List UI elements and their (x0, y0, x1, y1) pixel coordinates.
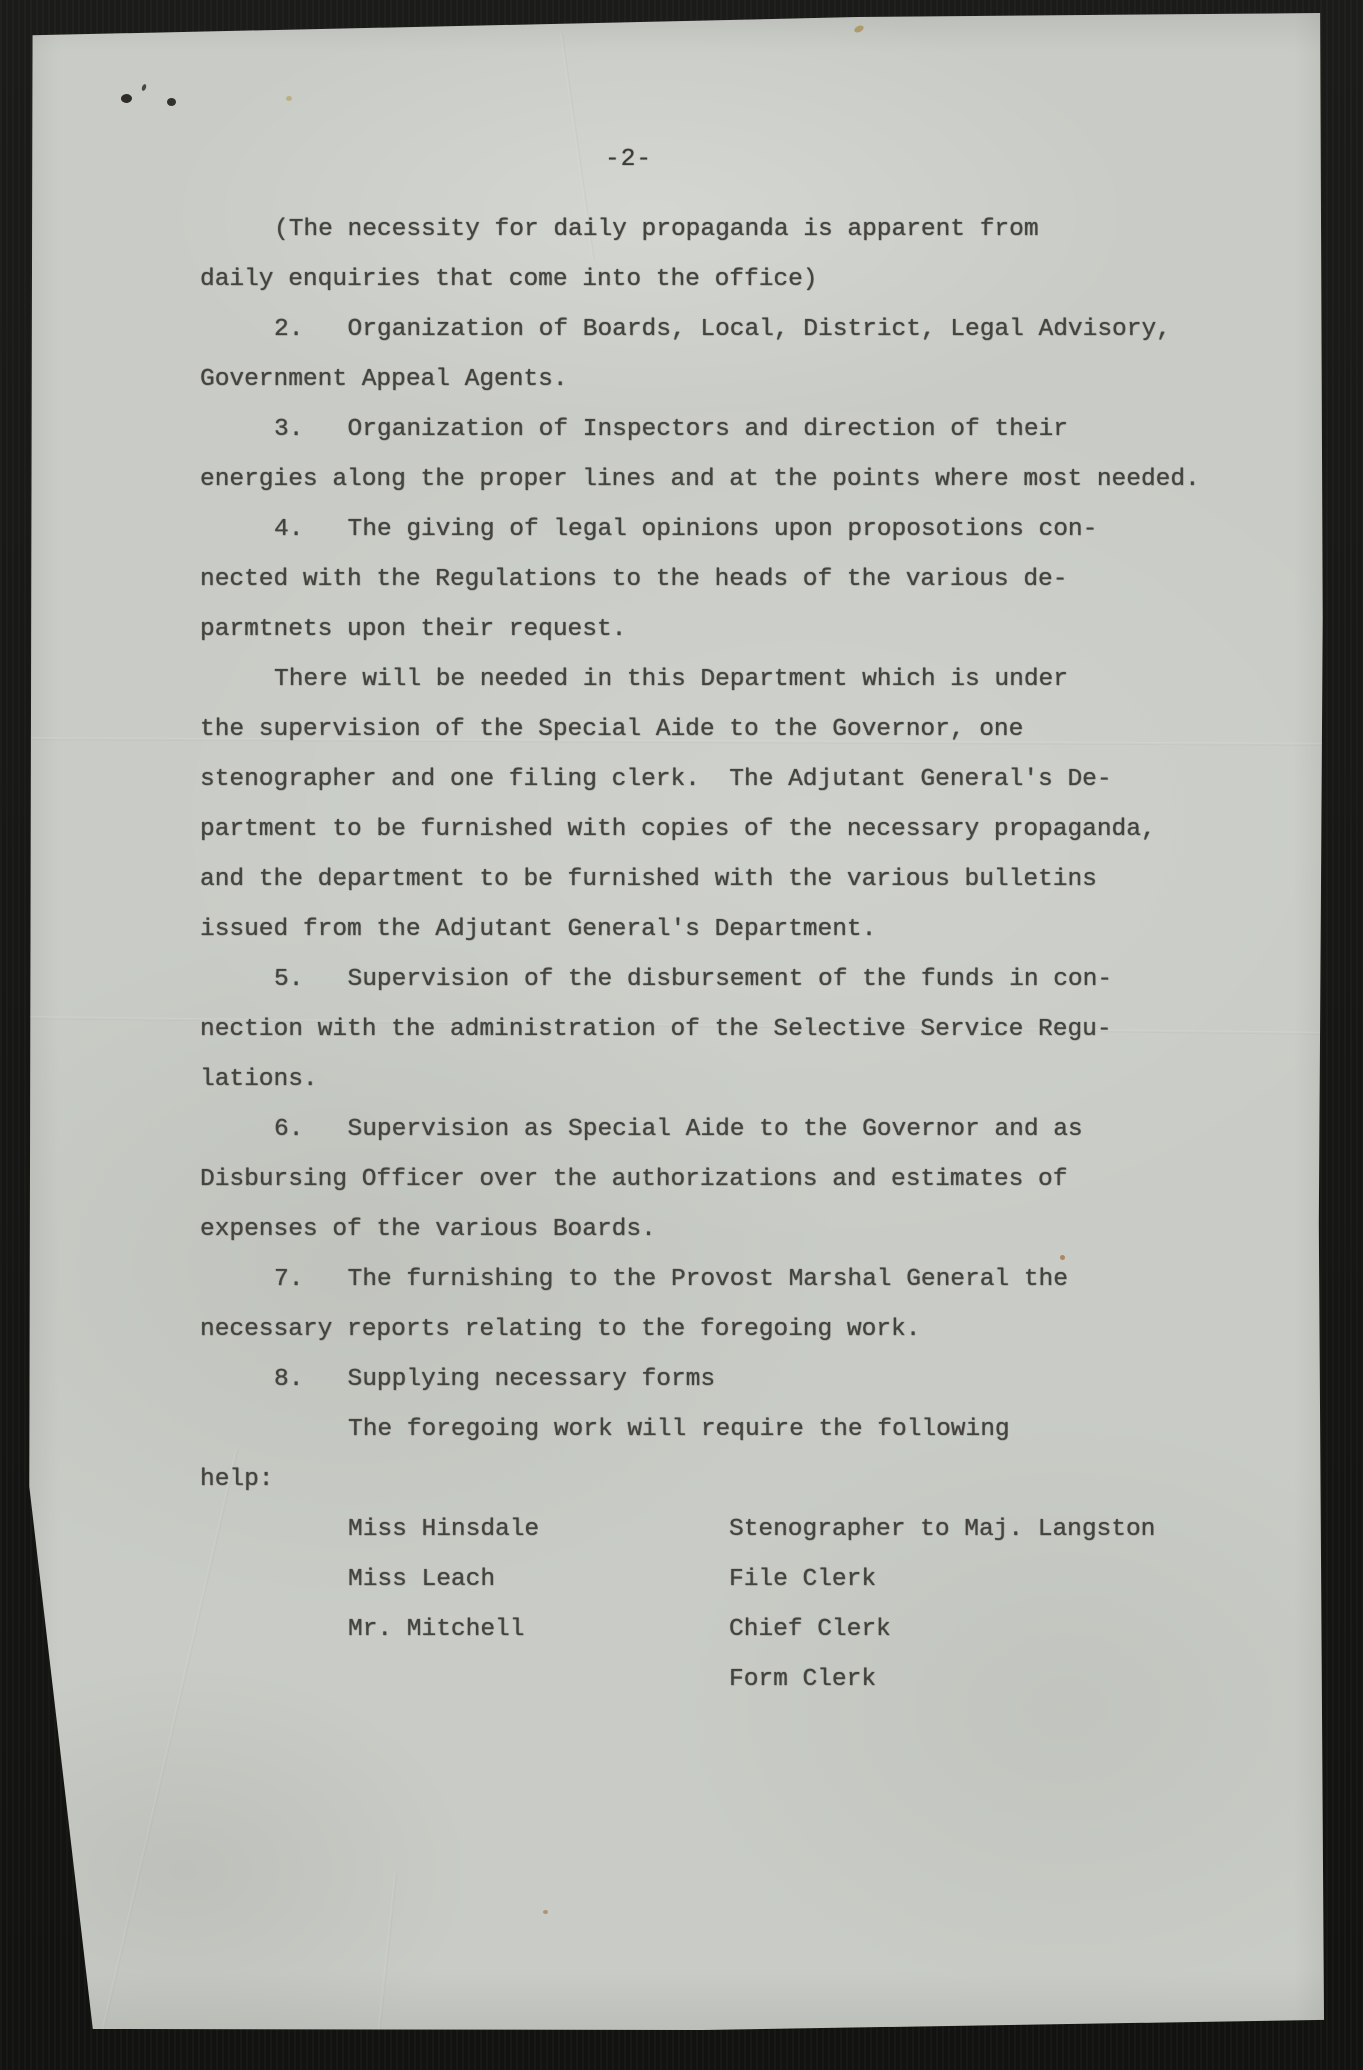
staff-name: Miss Hinsdale (348, 1505, 539, 1555)
typed-line: 4. The giving of legal opinions upon pro… (200, 505, 1260, 555)
typed-line: expenses of the various Boards. (200, 1205, 1260, 1255)
stain-speck (543, 1910, 548, 1914)
help-table-row: Miss Hinsdale Stenographer to Maj. Langs… (200, 1505, 1260, 1555)
typed-line: (The necessity for daily propaganda is a… (200, 205, 1260, 255)
ink-speck (141, 84, 147, 92)
typed-line: energies along the proper lines and at t… (200, 455, 1260, 505)
typed-line: the supervision of the Special Aide to t… (200, 705, 1260, 755)
document-page: -2- (The necessity for daily propaganda … (28, 12, 1324, 2032)
scanned-document-photo: -2- (The necessity for daily propaganda … (0, 0, 1363, 2070)
typed-line: issued from the Adjutant General's Depar… (200, 905, 1260, 955)
ink-speck (121, 94, 132, 103)
typed-line: daily enquiries that come into the offic… (200, 255, 1260, 305)
typed-line: Disbursing Officer over the authorizatio… (200, 1155, 1260, 1205)
typed-line: The foregoing work will require the foll… (200, 1405, 1260, 1455)
typed-line: nection with the administration of the S… (200, 1005, 1260, 1055)
typed-line: stenographer and one filing clerk. The A… (200, 755, 1260, 805)
typed-line: 5. Supervision of the disbursement of th… (200, 955, 1260, 1005)
typed-line: and the department to be furnished with … (200, 855, 1260, 905)
ink-speck (167, 98, 176, 106)
typed-line: 7. The furnishing to the Provost Marshal… (200, 1255, 1260, 1305)
staff-role: Chief Clerk (729, 1605, 891, 1655)
staff-role: File Clerk (729, 1555, 876, 1605)
typed-line: partment to be furnished with copies of … (200, 805, 1260, 855)
paper-crease (378, 1872, 398, 2031)
typed-line: necessary reports relating to the forego… (200, 1305, 1260, 1355)
typed-lines: (The necessity for daily propaganda is a… (200, 205, 1260, 1705)
typed-line: parmtnets upon their request. (200, 605, 1260, 655)
typed-line: Government Appeal Agents. (200, 355, 1260, 405)
typed-line: 2. Organization of Boards, Local, Distri… (200, 305, 1260, 355)
typed-line: 8. Supplying necessary forms (200, 1355, 1260, 1405)
staff-role: Stenographer to Maj. Langston (729, 1505, 1155, 1555)
typed-line: help: (200, 1455, 1260, 1505)
typed-line: nected with the Regulations to the heads… (200, 555, 1260, 605)
help-table-row: Miss Leach File Clerk (200, 1555, 1260, 1605)
stain-speck (853, 24, 865, 34)
typed-line: There will be needed in this Department … (200, 655, 1260, 705)
typed-line: 3. Organization of Inspectors and direct… (200, 405, 1260, 455)
help-table-row: Form Clerk (200, 1655, 1260, 1705)
typed-line: 6. Supervision as Special Aide to the Go… (200, 1105, 1260, 1155)
staff-name: Miss Leach (348, 1555, 495, 1605)
staff-role: Form Clerk (729, 1655, 876, 1705)
staff-name: Mr. Mitchell (348, 1605, 524, 1655)
typed-line: lations. (200, 1055, 1260, 1105)
page-number: -2- (605, 143, 652, 177)
help-table-row: Mr. Mitchell Chief Clerk (200, 1605, 1260, 1655)
stain-speck (286, 96, 292, 101)
